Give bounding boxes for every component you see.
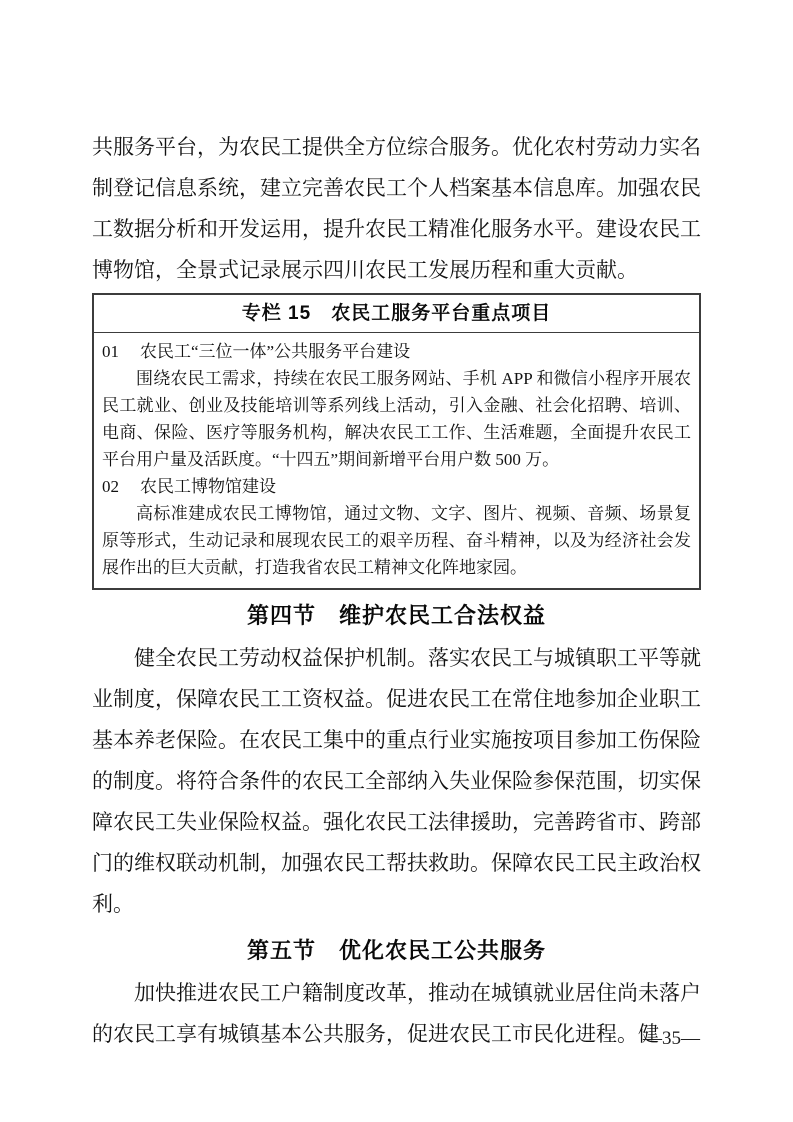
box-item-2-number: 02 <box>102 473 126 500</box>
highlight-box-title: 专栏 15 农民工服务平台重点项目 <box>94 295 699 333</box>
box-item-2-text: 高标准建成农民工博物馆，通过文物、文字、图片、视频、音频、场景复原等形式，生动记… <box>102 500 691 581</box>
box-item-2: 02 农民工博物馆建设 高标准建成农民工博物馆，通过文物、文字、图片、视频、音频… <box>102 473 691 581</box>
document-page: 共服务平台，为农民工提供全方位综合服务。优化农村劳动力实名制登记信息系统，建立完… <box>0 0 793 1122</box>
section-5-heading: 第五节 优化农民工公共服务 <box>92 935 701 966</box>
box-item-2-title: 农民工博物馆建设 <box>140 473 691 500</box>
intro-paragraph: 共服务平台，为农民工提供全方位综合服务。优化农村劳动力实名制登记信息系统，建立完… <box>92 127 701 291</box>
page-content: 共服务平台，为农民工提供全方位综合服务。优化农村劳动力实名制登记信息系统，建立完… <box>92 127 701 1055</box>
section-4-paragraph: 健全农民工劳动权益保护机制。落实农民工与城镇职工平等就业制度，保障农民工工资权益… <box>92 638 701 925</box>
section-5-paragraph: 加快推进农民工户籍制度改革，推动在城镇就业居住尚未落户的农民工享有城镇基本公共服… <box>92 973 701 1055</box>
page-number: —35— <box>643 1028 700 1050</box>
highlight-box-body: 01 农民工“三位一体”公共服务平台建设 围绕农民工需求，持续在农民工服务网站、… <box>94 333 699 588</box>
box-item-1: 01 农民工“三位一体”公共服务平台建设 围绕农民工需求，持续在农民工服务网站、… <box>102 338 691 473</box>
box-item-1-text: 围绕农民工需求，持续在农民工服务网站、手机 APP 和微信小程序开展农民工就业、… <box>102 365 691 473</box>
box-item-1-number: 01 <box>102 338 126 365</box>
box-item-1-heading: 01 农民工“三位一体”公共服务平台建设 <box>102 338 691 365</box>
highlight-box: 专栏 15 农民工服务平台重点项目 01 农民工“三位一体”公共服务平台建设 围… <box>92 293 701 590</box>
box-item-2-heading: 02 农民工博物馆建设 <box>102 473 691 500</box>
box-item-1-title: 农民工“三位一体”公共服务平台建设 <box>140 338 691 365</box>
section-4-heading: 第四节 维护农民工合法权益 <box>92 600 701 631</box>
